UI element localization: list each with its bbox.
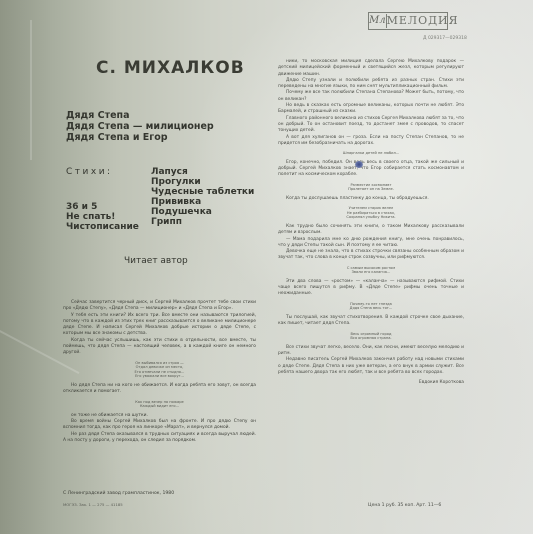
poems-list-left: 36 и 5 Не спать! Чистописание	[66, 202, 139, 232]
paragraph: Главного районного великана из стихов Се…	[278, 116, 464, 135]
ink-stain	[355, 161, 363, 168]
verse-quote: Разместил космонавт Пролетает он на Земл…	[278, 183, 464, 192]
paragraph: Когда ты сейчас услышишь, как эти стихи …	[63, 338, 256, 357]
label-brand: МЕЛОДИЯ	[387, 14, 459, 28]
paragraph: У тебя есть эти книги? Их всего три. Все…	[63, 313, 256, 338]
liner-notes-right: ники, то московская милиция сделала Серг…	[278, 59, 464, 387]
melodiya-logo-icon: Мл	[369, 14, 387, 28]
poem-item: Подушечка	[151, 207, 254, 217]
manufacturer-credit: С Ленинградский завод грампластинок, 198…	[63, 491, 174, 496]
paragraph: Дядю Степу узнали и полюбили ребята из р…	[278, 78, 464, 91]
verse-quote: Весь огромный город Вся огромная страна.	[278, 332, 464, 341]
paragraph: Не раз дядя Степа оказывался в трудных с…	[63, 432, 256, 445]
paragraph: Но ведь в сказках есть огромные великаны…	[278, 103, 464, 116]
verse-quote: Он выбивался из строя — Отдал девочке он…	[63, 361, 256, 379]
catalog-number: Д 029317—029318	[423, 36, 467, 41]
poem-item: Чистописание	[66, 222, 139, 232]
paragraph: Когда ты дослушаешь пластинку до конца, …	[278, 196, 464, 202]
paragraph: Как трудно было сочинять эти книги, о та…	[278, 224, 464, 237]
verse-quote: Учителем старик велел Не разбираться в с…	[278, 206, 464, 220]
price-info: Цена 1 руб. 35 коп. Арт. 11—6	[368, 503, 441, 508]
liner-notes-left: Сейчас завертится черный диск, и Сергей …	[63, 300, 256, 444]
poem-item: Прогулки	[151, 177, 254, 187]
paragraph: Ты послушай, как звучат стихотворения. В…	[278, 315, 464, 328]
poem-item: 36 и 5	[66, 202, 139, 212]
paragraph: Во время войны Сергей Михалков был на фр…	[63, 419, 256, 432]
verse-quote: С самым высоким ростом Звали его каланча…	[278, 266, 464, 275]
paragraph: А вот для хулиганов он — гроза. Если на …	[278, 135, 464, 148]
paragraph: — Мама подарила мне ко дню рождения книг…	[278, 237, 464, 250]
paragraph: Недавно писатель Сергей Михалков закончи…	[278, 357, 464, 376]
poem-item: Грипп	[151, 217, 254, 227]
paragraph: Но дядя Степа ни на кого не обижается. И…	[63, 383, 256, 396]
poem-item: Не спать!	[66, 212, 139, 222]
poem-item: Прививка	[151, 197, 254, 207]
reader-credit: Читает автор	[124, 256, 188, 266]
verse-quote: Шпаргалки детей не любил...	[278, 151, 464, 156]
paragraph: Все стихи звучат легко, весело. Они, как…	[278, 345, 464, 358]
melodiya-label: Мл МЕЛОДИЯ	[368, 12, 448, 30]
verse-quote: Как под вечер на пожаре Каждый видит его…	[63, 400, 256, 409]
poems-label: Стихи:	[66, 167, 113, 177]
paragraph: Сейчас завертится черный диск, и Сергей …	[63, 300, 256, 313]
verse-quote: Почему-то нет гнезда Дядя Степа весь тот…	[278, 302, 464, 311]
main-titles: Дядя Степа Дядя Степа — милиционер Дядя …	[66, 110, 214, 143]
poem-item: Лапуся	[151, 167, 254, 177]
poem-item: Чудесные таблетки	[151, 187, 254, 197]
record-sleeve-back: Мл МЕЛОДИЯ Д 029317—029318 С. МИХАЛКОВ Д…	[0, 0, 533, 534]
notes-signature: Евдокия Короткова	[278, 380, 464, 386]
title-item: Дядя Степа и Егор	[66, 132, 214, 143]
poems-list-right: Лапуся Прогулки Чудесные таблетки Привив…	[151, 167, 254, 227]
title-item: Дядя Степа — милиционер	[66, 121, 214, 132]
paragraph: Егор, конечно, победил. Он ведь весь в с…	[278, 160, 464, 179]
paragraph: Почему же все так полюбили Степана Степа…	[278, 90, 464, 103]
paragraph: Девочка еще не знала, что в стихах строч…	[278, 249, 464, 262]
print-info: МОГЭЗ. Зак. 1 — 275 — 41185	[63, 502, 123, 507]
title-item: Дядя Степа	[66, 110, 214, 121]
paragraph: Эти два слова — «ростом» — «каланча» — н…	[278, 279, 464, 298]
paragraph: ники, то московская милиция сделала Серг…	[278, 59, 464, 78]
author-name: С. МИХАЛКОВ	[96, 58, 245, 78]
